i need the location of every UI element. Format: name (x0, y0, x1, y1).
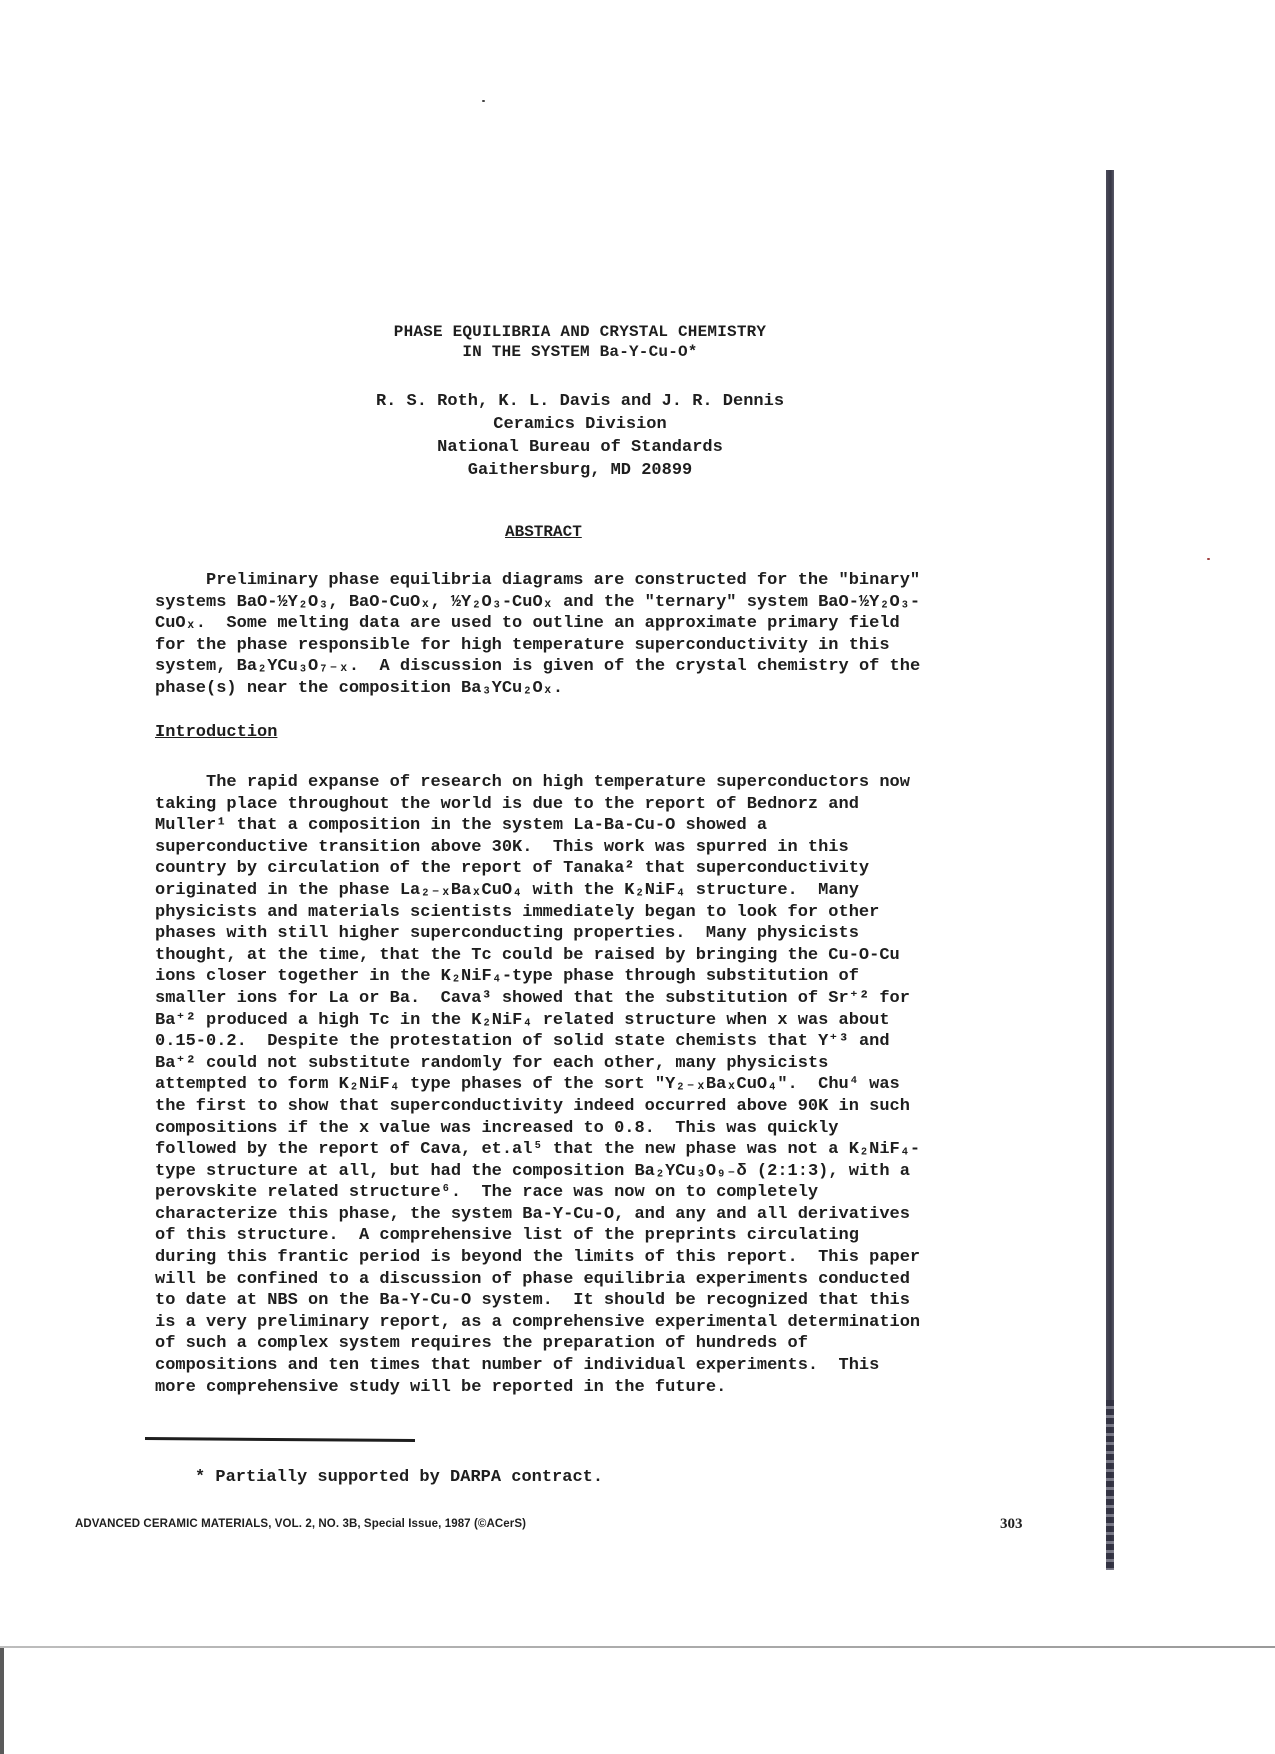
introduction-line: during this frantic period is beyond the… (155, 1247, 1025, 1269)
footnote-rule (145, 1437, 415, 1442)
author-institution: National Bureau of Standards (300, 436, 860, 459)
introduction-line: phases with still higher superconducting… (155, 923, 1025, 945)
introduction-line: perovskite related structure⁶. The race … (155, 1182, 1025, 1204)
introduction-line: of this structure. A comprehensive list … (155, 1225, 1025, 1247)
introduction-line: Ba⁺² produced a high Tc in the K₂NiF₄ re… (155, 1010, 1025, 1032)
scan-speck (1207, 558, 1210, 560)
introduction-line: Ba⁺² could not substitute randomly for e… (155, 1053, 1025, 1075)
introduction-line: taking place throughout the world is due… (155, 794, 1025, 816)
abstract-line: CuOₓ. Some melting data are used to outl… (155, 613, 1025, 635)
abstract-line: system, Ba₂YCu₃O₇₋ₓ. A discussion is giv… (155, 656, 1025, 678)
introduction-line: followed by the report of Cava, et.al⁵ t… (155, 1139, 1025, 1161)
introduction-line: of such a complex system requires the pr… (155, 1333, 1025, 1355)
author-block: R. S. Roth, K. L. Davis and J. R. Dennis… (300, 390, 860, 482)
introduction-line: attempted to form K₂NiF₄ type phases of … (155, 1074, 1025, 1096)
abstract-line: for the phase responsible for high tempe… (155, 635, 1025, 657)
introduction-line: thought, at the time, that the Tc could … (155, 945, 1025, 967)
introduction-line: smaller ions for La or Ba. Cava³ showed … (155, 988, 1025, 1010)
title-line-2: IN THE SYSTEM Ba-Y-Cu-O* (300, 342, 860, 362)
scan-binding-edge (1106, 170, 1114, 1570)
introduction-line: more comprehensive study will be reporte… (155, 1377, 1025, 1399)
page-number: 303 (1000, 1516, 1023, 1533)
scan-binding-edge-lower (1106, 1400, 1114, 1570)
author-location: Gaithersburg, MD 20899 (300, 459, 860, 482)
introduction-line: will be confined to a discussion of phas… (155, 1269, 1025, 1291)
introduction-line: is a very preliminary report, as a compr… (155, 1312, 1025, 1334)
introduction-line: 0.15-0.2. Despite the protestation of so… (155, 1031, 1025, 1053)
introduction-line: Muller¹ that a composition in the system… (155, 815, 1025, 837)
journal-citation: ADVANCED CERAMIC MATERIALS, VOL. 2, NO. … (75, 1518, 526, 1530)
introduction-line: type structure at all, but had the compo… (155, 1161, 1025, 1183)
introduction-line: physicists and materials scientists imme… (155, 902, 1025, 924)
scan-page-border (0, 1646, 1275, 1648)
author-division: Ceramics Division (300, 413, 860, 436)
paper-title: PHASE EQUILIBRIA AND CRYSTAL CHEMISTRY I… (300, 322, 860, 362)
introduction-heading: Introduction (155, 723, 277, 742)
introduction-line: superconductive transition above 30K. Th… (155, 837, 1025, 859)
scan-speck (482, 100, 485, 102)
title-line-1: PHASE EQUILIBRIA AND CRYSTAL CHEMISTRY (300, 322, 860, 342)
introduction-line: compositions if the x value was increase… (155, 1118, 1025, 1140)
footnote: * Partially supported by DARPA contract. (195, 1468, 603, 1487)
introduction-line: ions closer together in the K₂NiF₄-type … (155, 966, 1025, 988)
introduction-line: originated in the phase La₂₋ₓBaₓCuO₄ wit… (155, 880, 1025, 902)
introduction-line: characterize this phase, the system Ba-Y… (155, 1204, 1025, 1226)
introduction-body: The rapid expanse of research on high te… (155, 772, 1025, 1398)
abstract-heading: ABSTRACT (505, 523, 582, 541)
introduction-line: compositions and ten times that number o… (155, 1355, 1025, 1377)
introduction-line: to date at NBS on the Ba-Y-Cu-O system. … (155, 1290, 1025, 1312)
introduction-line: country by circulation of the report of … (155, 858, 1025, 880)
author-names: R. S. Roth, K. L. Davis and J. R. Dennis (300, 390, 860, 413)
introduction-line: the first to show that superconductivity… (155, 1096, 1025, 1118)
abstract-line: Preliminary phase equilibria diagrams ar… (155, 570, 1025, 592)
abstract-body: Preliminary phase equilibria diagrams ar… (155, 570, 1025, 700)
abstract-line: phase(s) near the composition Ba₃YCu₂Oₓ. (155, 678, 1025, 700)
abstract-line: systems BaO-½Y₂O₃, BaO-CuOₓ, ½Y₂O₃-CuOₓ … (155, 592, 1025, 614)
scanned-page: PHASE EQUILIBRIA AND CRYSTAL CHEMISTRY I… (0, 0, 1275, 1640)
scan-page-edge (0, 1648, 4, 1754)
introduction-line: The rapid expanse of research on high te… (155, 772, 1025, 794)
